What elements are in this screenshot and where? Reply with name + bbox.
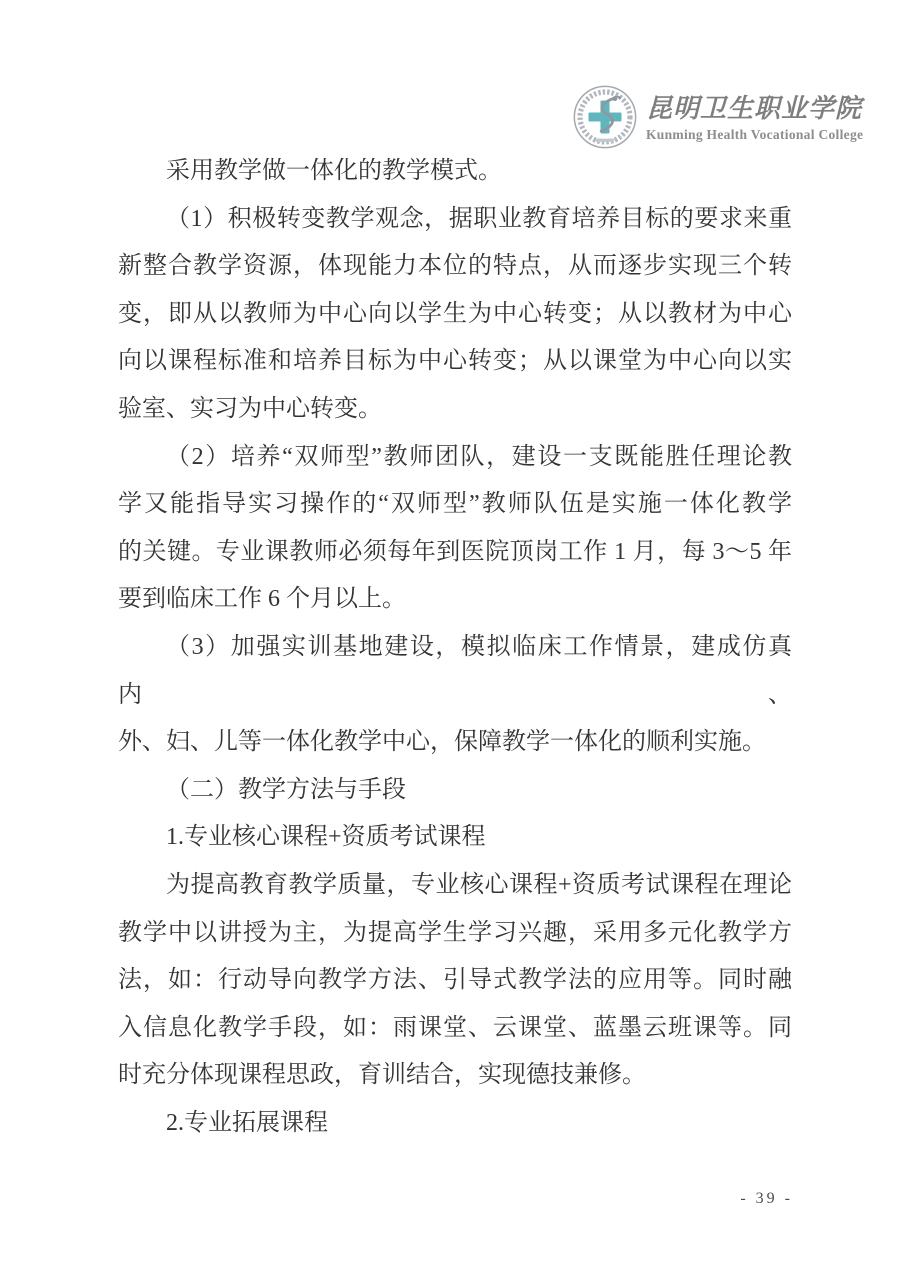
text-line: （3）加强实训基地建设，模拟临床工作情景，建成仿真内、 [118, 624, 792, 719]
text-line: 教学中以讲授为主，为提高学生学习兴趣，采用多元化教学方 [118, 910, 792, 958]
text-line: 向以课程标准和培养目标为中心转变；从以课堂为中心向以实 [118, 338, 792, 386]
text-line: 2.专业拓展课程 [118, 1100, 792, 1148]
document-page: 昆明卫生职业学院 Kunming Health Vocational Colle… [0, 0, 905, 1280]
text-line: 为提高教育教学质量，专业核心课程+资质考试课程在理论 [118, 862, 792, 910]
college-name-en: Kunming Health Vocational College [646, 126, 863, 143]
document-body: 采用教学做一体化的教学模式。（1）积极转变教学观念，据职业教育培养目标的要求来重… [118, 148, 792, 1147]
text-line: （2）培养“双师型”教师团队，建设一支既能胜任理论教 [118, 434, 792, 482]
college-name-zh: 昆明卫生职业学院 [646, 92, 863, 126]
college-logo: 昆明卫生职业学院 Kunming Health Vocational Colle… [572, 84, 863, 150]
text-line: 法，如：行动导向教学方法、引导式教学法的应用等。同时融 [118, 957, 792, 1005]
text-line: 要到临床工作 6 个月以上。 [118, 576, 792, 624]
text-line: 入信息化教学手段，如：雨课堂、云课堂、蓝墨云班课等。同 [118, 1005, 792, 1053]
text-line: 的关键。专业课教师必须每年到医院顶岗工作 1 月，每 3～5 年 [118, 529, 792, 577]
text-line: 学又能指导实习操作的“双师型”教师队伍是实施一体化教学 [118, 481, 792, 529]
text-line: 验室、实习为中心转变。 [118, 386, 792, 434]
college-seal-icon [572, 84, 638, 150]
text-line: 变，即从以教师为中心向以学生为中心转变；从以教材为中心 [118, 291, 792, 339]
text-line: 1.专业核心课程+资质考试课程 [118, 814, 792, 862]
page-number: - 39 - [740, 1190, 793, 1208]
text-line: 采用教学做一体化的教学模式。 [118, 148, 792, 196]
text-line: （1）积极转变教学观念，据职业教育培养目标的要求来重 [118, 196, 792, 244]
text-line: 时充分体现课程思政，育训结合，实现德技兼修。 [118, 1052, 792, 1100]
text-line: 新整合教学资源，体现能力本位的特点，从而逐步实现三个转 [118, 243, 792, 291]
text-line: （二）教学方法与手段 [118, 767, 792, 815]
college-name-block: 昆明卫生职业学院 Kunming Health Vocational Colle… [646, 92, 863, 143]
text-line: 外、妇、儿等一体化教学中心，保障教学一体化的顺利实施。 [118, 719, 792, 767]
